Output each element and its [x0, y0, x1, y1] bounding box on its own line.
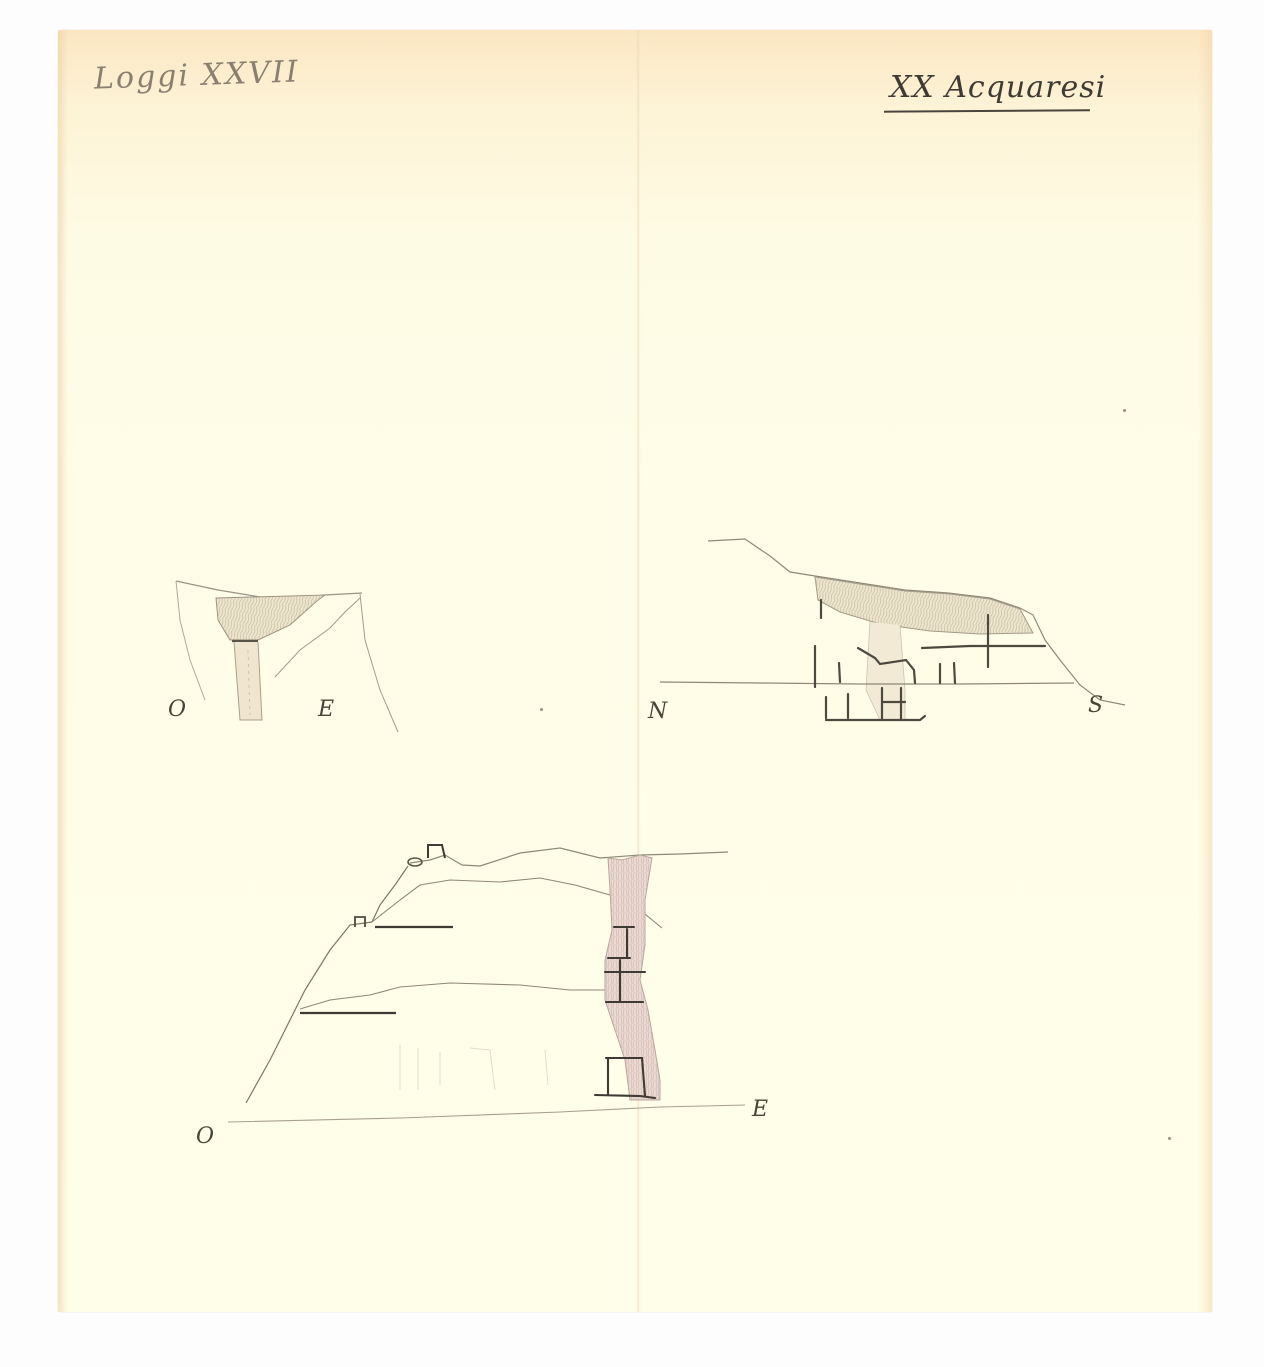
label-west-large: O: [196, 1124, 214, 1149]
label-west-small: O: [168, 697, 186, 722]
label-north: N: [647, 699, 668, 724]
pencil-speck: [1123, 409, 1126, 412]
pencil-speck: [540, 708, 543, 711]
label-south: S: [1088, 693, 1103, 718]
sketch-section-o-e-large: [228, 845, 745, 1122]
label-east-large: E: [751, 1097, 768, 1122]
sketch-section-o-e-small: [176, 581, 398, 732]
pencil-speck: [1168, 1137, 1171, 1140]
sketches-canvas: O E N S: [0, 0, 1264, 1367]
sketch-section-n-s: [660, 539, 1125, 720]
label-east-small: E: [317, 697, 334, 722]
